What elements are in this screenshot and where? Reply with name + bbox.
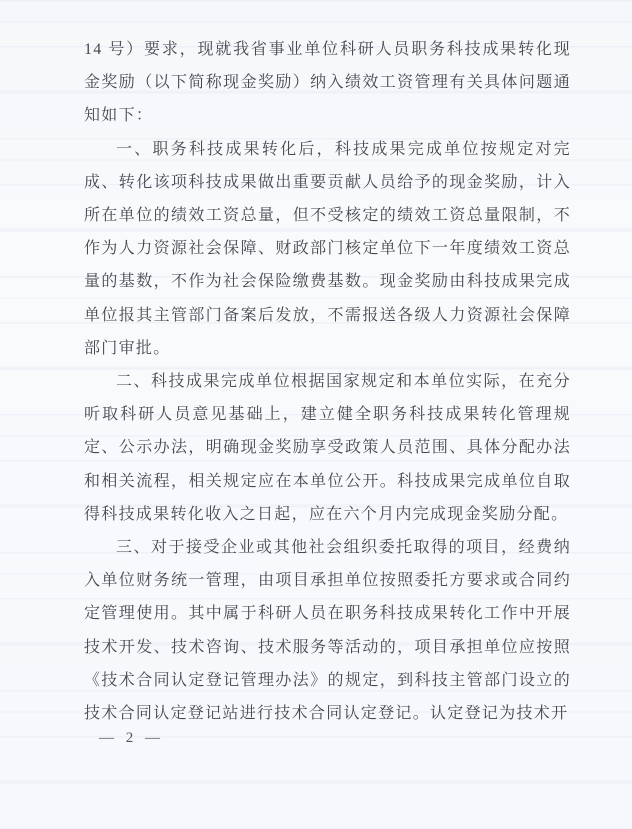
paragraph-continuation: 14 号）要求，现就我省事业单位科研人员职务科技成果转化现金奖励（以下简称现金奖… [84, 33, 571, 133]
document-body: 14 号）要求，现就我省事业单位科研人员职务科技成果转化现金奖励（以下简称现金奖… [84, 33, 571, 730]
page-number: — 2 — [99, 730, 164, 747]
paragraph-item-2: 二、科技成果完成单位根据国家规定和本单位实际，在充分听取科研人员意见基础上，建立… [84, 365, 571, 531]
paragraph-item-1: 一、职务科技成果转化后，科技成果完成单位按规定对完成、转化该项科技成果做出重要贡… [84, 133, 571, 365]
paragraph-item-3: 三、对于接受企业或其他社会组织委托取得的项目，经费纳入单位财务统一管理，由项目承… [84, 531, 571, 730]
scanned-page: 14 号）要求，现就我省事业单位科研人员职务科技成果转化现金奖励（以下简称现金奖… [0, 0, 632, 829]
